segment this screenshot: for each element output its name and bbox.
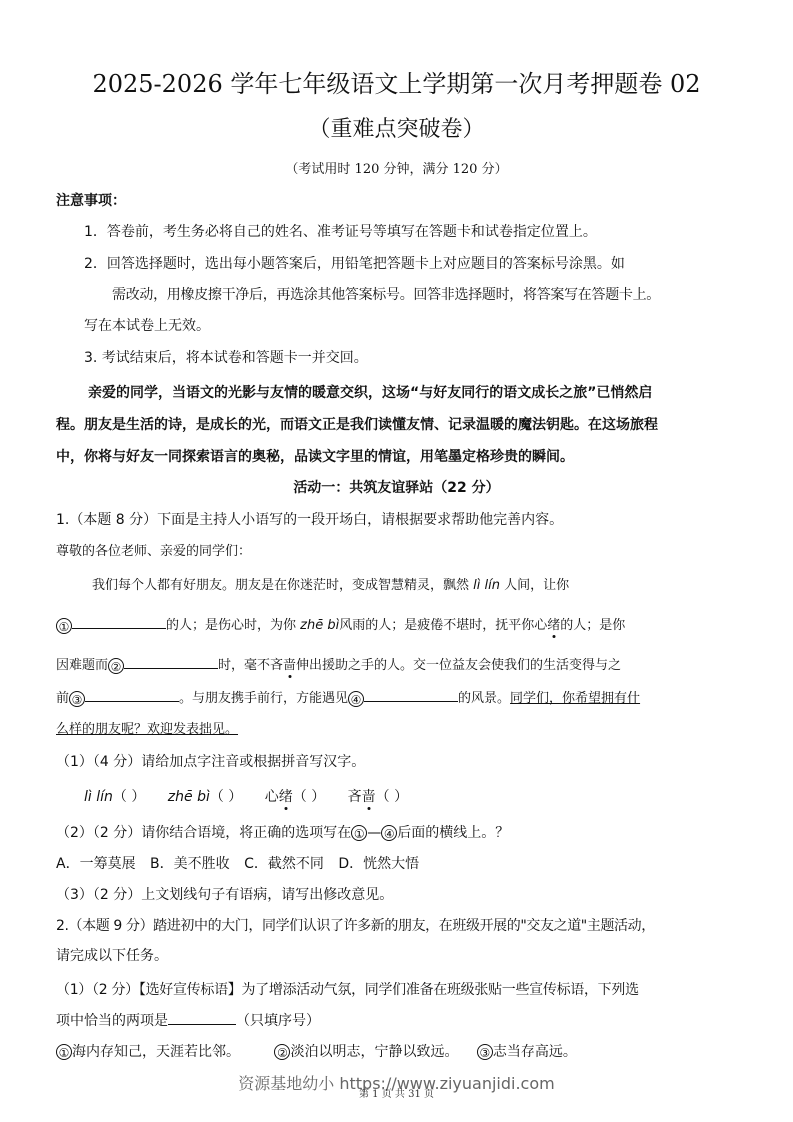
text: 伸出援助之手的人。交一位益友会使我们的生活变得与之 [296,658,621,673]
text: （2）（2 分）请你结合语境，将正确的选项写在 [56,825,351,841]
blank-3[interactable] [85,687,179,702]
page-title: 2025-2026 学年七年级语文上学期第一次月考押题卷 02 [0,64,793,99]
q1-sub3: （3）（2 分）上文划线句子有语病，请写出修改意见。 [56,884,393,904]
circle-number-3: ③ [69,691,85,707]
circle-number-2: ② [108,658,124,674]
note-item-3: 3. 考试结束后，将本试卷和答题卡一并交回。 [84,347,368,367]
q1-options: A．一筹莫展 B．美不胜收 C．截然不同 D．恍然大悟 [56,853,419,873]
underlined-sentence: 同学们，你希望拥有什 [510,691,640,706]
text: 的人；是你 [560,618,625,633]
choice-2: 淡泊以明志，宁静以致远。 [290,1044,458,1060]
option-a: A．一筹莫展 [56,856,136,872]
circle-number-3: ③ [477,1044,493,1060]
dash: — [367,825,381,841]
choice-1: 海内存知己，天涯若比邻。 [72,1044,240,1060]
q1-sub2: （2）（2 分）请你结合语境，将正确的选项写在①—④后面的横线上。？ [56,822,509,842]
text: 风雨的人；是疲倦不堪时，抚平你心 [339,618,547,633]
intro-line-3: 中，你将与好友一同探索语言的奥秘，品读文字里的情谊，用笔墨定格珍贵的瞬间。 [56,446,574,466]
text: 的风景。 [458,691,510,706]
dotted-char-se: 啬 [283,658,296,673]
q2-sub1-cont: 项中恰当的两项是（只填序号） [56,1010,320,1030]
circle-number-4: ④ [348,691,364,707]
q1-para-line-1: 我们每个人都有好朋友。朋友是在你迷茫时，变成智慧精灵，飘然 lì lín 人间，… [92,574,569,593]
note-item-2-cont: 需改动，用橡皮擦干净后，再选涂其他答案标号。回答非选择题时，将答案写在答题卡上。 [112,284,660,304]
blank-1[interactable] [72,614,166,629]
text: 。与朋友携手前行，方能遇见 [179,691,348,706]
text: 前 [56,691,69,706]
q1-sub1: （1）（4 分）请给加点字注音或根据拼音写汉字。 [56,751,365,771]
q2-sub1: （1）（2 分）【选好宣传标语】为了增添活动气氛，同学们准备在班级张贴一些宣传标… [56,979,639,999]
q2-choices: ①海内存知己，天涯若比邻。 ②淡泊以明志，宁静以致远。 ③志当存高远。 [56,1041,577,1061]
note-item-1: 1．答卷前，考生务必将自己的姓名、准考证号等填写在答题卡和试卷指定位置上。 [84,221,597,241]
item-linse: 吝啬 [348,789,376,805]
q1-para-line-2: ①的人；是伤心时，为你 zhē bì风雨的人；是疲倦不堪时，抚平你心绪的人；是你 [56,614,625,634]
text: 项中恰当的两项是 [56,1013,168,1029]
page-subtitle: （重难点突破卷） [0,112,793,143]
answer-blank[interactable] [168,1010,236,1025]
item-xinxu: 心绪 [265,789,293,805]
dotted-char-xu: 绪 [547,618,560,633]
intro-line-1: 亲爱的同学，当语文的光影与友情的暖意交织，这场“与好友同行的语文成长之旅”已悄然… [88,382,652,402]
page-number: 第 1 页 共 31 页 [0,1085,793,1100]
note-item-2: 2．回答选择题时，选出每小题答案后，用铅笔把答题卡上对应题目的答案标号涂黑。如 [84,253,625,273]
q2-stem-cont: 请完成以下任务。 [56,945,168,965]
text: 我们每个人都有好朋友。朋友是在你迷茫时，变成智慧精灵，飘然 [92,578,469,593]
circle-number-2: ② [274,1044,290,1060]
answer-paren[interactable]: （ ） [113,789,145,805]
circle-number-1: ① [56,1044,72,1060]
intro-line-2: 程。朋友是生活的诗，是成长的光，而语文正是我们读懂友情、记录温暖的魔法钥匙。在这… [56,414,658,434]
text: 后面的横线上。？ [397,825,509,841]
text: 的人；是伤心时，为你 [166,618,296,633]
text: （只填序号） [236,1013,320,1029]
answer-paren[interactable]: （ ） [376,789,408,805]
q2-stem: 2.（本题 9 分）踏进初中的大门，同学们认识了许多新的朋友，在班级开展的"交友… [56,915,655,935]
item-zhebi: zhē bì [168,789,210,805]
q1-greeting: 尊敬的各位老师、亲爱的同学们： [56,540,251,559]
item-lilin: lì lín [84,789,113,805]
blank-4[interactable] [364,687,458,702]
section-title: 活动一：共筑友谊驿站（22 分） [0,477,793,497]
answer-paren[interactable]: （ ） [293,789,325,805]
q1-para-line-4: 前③。与朋友携手前行，方能遇见④的风景。同学们，你希望拥有什 [56,687,640,707]
choice-3: 志当存高远。 [493,1044,577,1060]
underlined-sentence-cont: 么样的朋友呢？欢迎发表拙见。 [56,718,238,737]
pinyin-lilin: lì lín [473,578,500,593]
q1-para-line-3: 因难题而②时，毫不吝啬伸出援助之手的人。交一位益友会使我们的生活变得与之 [56,654,621,674]
circle-number-1: ① [351,825,367,841]
note-item-2-end: 写在本试卷上无效。 [84,315,210,335]
option-c: C．截然不同 [244,856,324,872]
q1-stem: 1.（本题 8 分）下面是主持人小语写的一段开场白，请根据要求帮助他完善内容。 [56,509,563,529]
circle-number-1: ① [56,618,72,634]
option-d: D．恍然大悟 [338,856,419,872]
exam-timing: （考试用时 120 分钟，满分 120 分） [0,158,793,177]
circle-number-4: ④ [381,825,397,841]
pinyin-zhebi: zhē bì [300,618,339,633]
blank-2[interactable] [124,654,218,669]
notes-heading: 注意事项： [56,190,126,210]
text: 人间，让你 [504,578,569,593]
text: 时，毫不吝 [218,658,283,673]
text: 因难题而 [56,658,108,673]
q1-sub1-items: lì lín（ ） zhē bì（ ） 心绪（ ） 吝啬（ ） [84,786,408,806]
option-b: B．美不胜收 [150,856,230,872]
answer-paren[interactable]: （ ） [210,789,242,805]
